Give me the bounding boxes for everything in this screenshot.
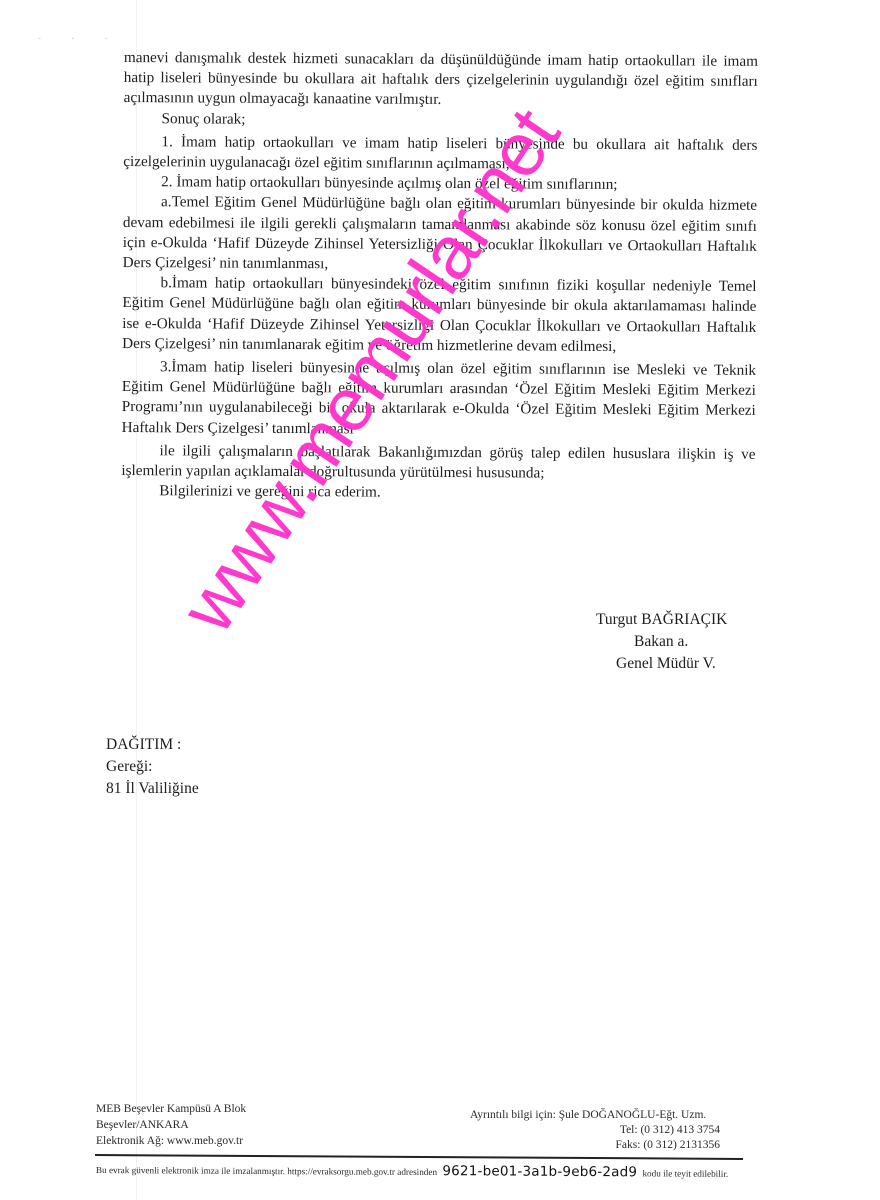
address-line: Beşevler/ANKARA [96,1117,246,1133]
verification-line: Bu evrak güvenli elektronik imza ile imz… [96,1161,756,1181]
phone-number: Tel: (0 312) 413 3754 [470,1123,750,1138]
letter-body: manevi danışmalık destek hizmeti sunacak… [121,48,758,505]
signer-name: Turgut BAĞRIAÇIK [596,609,727,631]
body-paragraph: b.İmam hatip ortaokulları bünyesindeki ö… [122,273,756,358]
distribution-label: Gereği: [106,756,199,778]
footer-divider [95,1154,743,1160]
signer-authority: Bakan a. [596,631,727,653]
contact-person: Ayrıntılı bilgi için: Şule DOĞANOĞLU-Eğt… [470,1108,750,1123]
body-paragraph: manevi danışmalık destek hizmeti sunacak… [124,48,758,112]
footer-contact: Ayrıntılı bilgi için: Şule DOĞANOĞLU-Eğt… [470,1108,750,1153]
body-paragraph: ile ilgili çalışmaların başlatılarak Bak… [121,441,755,485]
signer-title: Genel Müdür V. [596,653,727,675]
body-paragraph: 3.İmam hatip liseleri bünyesinde açılmış… [122,357,756,442]
body-paragraph: a.Temel Eğitim Genel Müdürlüğüne bağlı o… [123,192,757,277]
verification-text: Bu evrak güvenli elektronik imza ile imz… [96,1165,437,1177]
footer-address: MEB Beşevler Kampüsü A Blok Beşevler/ANK… [96,1101,246,1149]
fax-number: Faks: (0 312) 2131356 [470,1138,750,1153]
body-paragraph: 1. İmam hatip ortaokulları ve imam hatip… [123,132,757,176]
website-line: Elektronik Ağ: www.meb.gov.tr [96,1133,246,1149]
distribution-block: DAĞITIM : Gereği: 81 İl Valiliğine [106,734,199,800]
distribution-recipient: 81 İl Valiliğine [106,778,199,800]
signature-block: Turgut BAĞRIAÇIK Bakan a. Genel Müdür V. [596,609,727,675]
address-line: MEB Beşevler Kampüsü A Blok [96,1101,246,1117]
body-paragraph: Sonuç olarak; [124,109,758,133]
verification-suffix: kodu ile teyit edilebilir. [642,1168,728,1179]
body-paragraph: Bilgilerinizi ve gereğini rica ederim. [121,481,755,505]
verification-code: 9621-be01-3a1b-9eb6-2ad9 [442,1163,637,1180]
distribution-title: DAĞITIM : [106,734,199,756]
scan-artifact: - - - [38,33,122,43]
